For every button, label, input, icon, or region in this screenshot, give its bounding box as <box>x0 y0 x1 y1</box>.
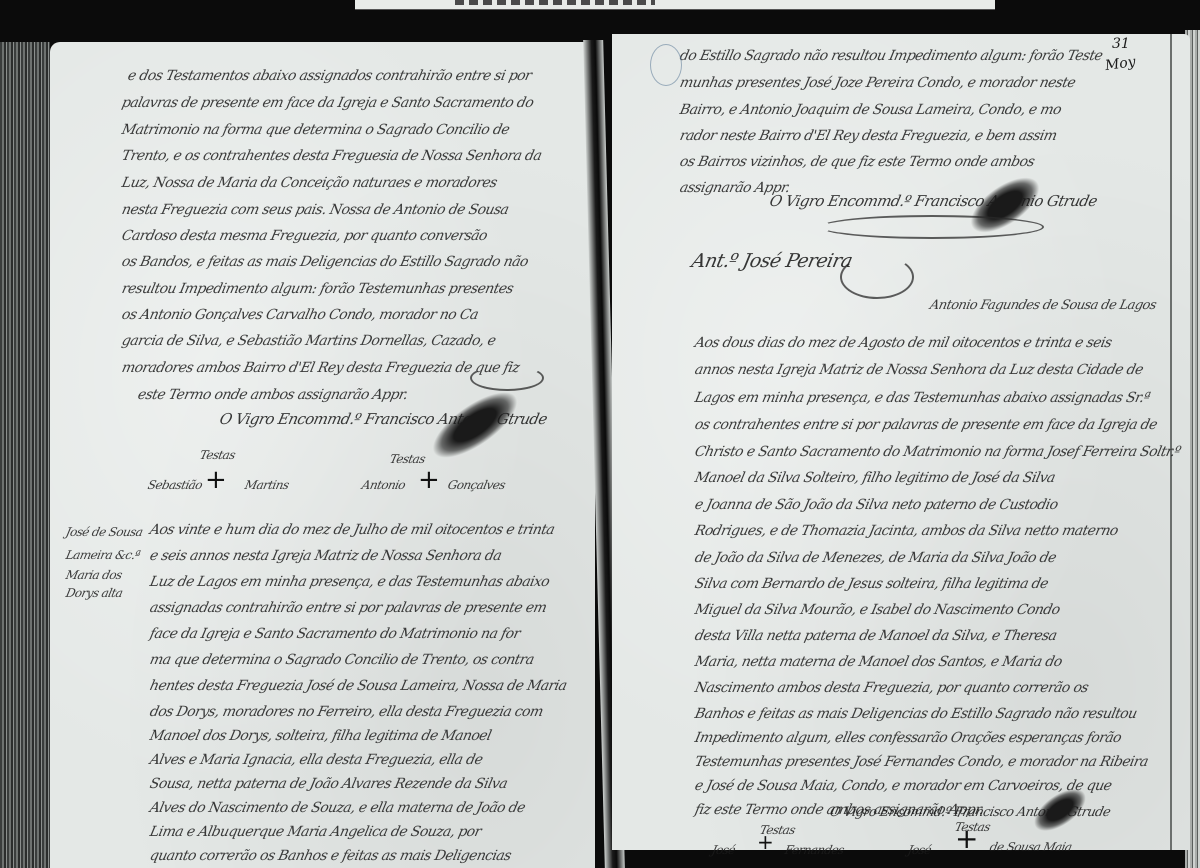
text-line: ma que determina o Sagrado Concilio de T… <box>148 652 535 668</box>
text-line: hentes desta Freguezia José de Sousa Lam… <box>148 678 568 694</box>
archive-label-strip <box>355 0 995 10</box>
witness-label: Testas <box>389 452 427 466</box>
text-line: Testemunhas presentes José Fernandes Con… <box>693 754 1149 770</box>
margin-note-line: Maria dos <box>65 568 124 582</box>
text-line: os Bandos, e feitas as mais Deligencias … <box>120 254 529 270</box>
text-line: Luz de Lagos em minha presença, e das Te… <box>148 574 550 590</box>
text-line: Miguel da Silva Mourão, e Isabel do Nasc… <box>693 602 1061 618</box>
witness-last-name: de Sousa Maia <box>989 840 1074 854</box>
text-line: e Joanna de São João da Silva neto pater… <box>693 497 1059 513</box>
text-line: Manoel da Silva Solteiro, filho legitimo… <box>693 470 1056 486</box>
text-line: Lima e Albuquerque Maria Angelica de Sou… <box>148 824 482 840</box>
text-line: os Bairros vizinhos, de que fiz este Ter… <box>678 154 1035 170</box>
text-line: Aos dous dias do mez de Agosto de mil oi… <box>693 335 1113 351</box>
text-line: Trento, e os contrahentes desta Freguesi… <box>120 148 543 164</box>
margin-note-right: Antonio Fagundes de Sousa de Lagos <box>928 298 1157 313</box>
text-line: resultou Impedimento algum: forão Testem… <box>120 281 514 297</box>
text-line: face da Igreja e Santo Sacramento do Mat… <box>148 626 521 642</box>
witness-first-name: José <box>907 843 933 857</box>
margin-note-line: Lameira &c.ª <box>65 548 142 562</box>
witness-cross-mark: + <box>418 465 440 495</box>
text-line: e dos Testamentos abaixo assignados cont… <box>126 68 532 84</box>
book-page-edges-left <box>0 42 50 868</box>
witness-first-name: Sebastião <box>147 478 204 492</box>
text-line: e José de Sousa Maia, Condo, e morador e… <box>693 778 1113 794</box>
witness-cross-mark: + <box>757 830 774 854</box>
text-line: rador neste Bairro d'El Rey desta Fregue… <box>678 128 1058 144</box>
left-page <box>50 42 595 868</box>
text-line: palavras de presente em face da Igreja e… <box>120 95 535 111</box>
text-line: Rodrigues, e de Thomazia Jacinta, ambos … <box>693 523 1119 539</box>
text-line: Impedimento algum, elles confessarão Ora… <box>693 730 1122 746</box>
text-line: os Antonio Gonçalves Carvalho Condo, mor… <box>120 307 479 323</box>
text-line: Silva com Bernardo de Jesus solteira, fi… <box>693 576 1049 592</box>
text-line: Christo e Santo Sacramento do Matrimonio… <box>693 444 1182 460</box>
witness-last-name: Martins <box>244 478 291 492</box>
text-line: de João da Silva de Menezes, de Maria da… <box>693 550 1057 566</box>
text-line: garcia de Silva, e Sebastião Martins Dor… <box>120 333 497 349</box>
witness-cross-mark: + <box>955 822 978 855</box>
text-line: Alves do Nascimento de Souza, e ella mat… <box>148 800 526 816</box>
flourish-mark <box>820 215 1044 239</box>
label-text-glyphs <box>455 0 655 5</box>
entry-heading: Ant.º José Pereira <box>690 250 855 272</box>
text-line: Sousa, netta paterna de João Alvares Rez… <box>148 776 508 792</box>
right-margin-rule <box>1170 34 1172 850</box>
witness-cross-mark: + <box>205 465 227 495</box>
priest-signature: O Vigro Encommd.º Francisco Antonio Gtru… <box>768 192 1099 210</box>
text-line: Aos vinte e hum dia do mez de Julho de m… <box>148 522 555 538</box>
margin-note-line: Dorys alta <box>65 586 124 600</box>
text-line: dos Dorys, moradores no Ferreiro, ella d… <box>148 704 544 720</box>
text-line: moradores ambos Bairro d'El Rey desta Fr… <box>120 360 520 376</box>
witness-first-name: José <box>711 843 737 857</box>
text-line: assignadas contrahirão entre si por pala… <box>148 600 548 616</box>
text-line: quanto correrão os Banhos e feitas as ma… <box>148 848 512 864</box>
text-line: nesta Freguezia com seus pais. Nossa de … <box>120 202 510 218</box>
text-line: do Estillo Sagrado não resultou Impedime… <box>678 48 1104 64</box>
text-line: desta Villa netta paterna de Manoel da S… <box>693 628 1058 644</box>
blue-pencil-mark <box>650 44 682 86</box>
text-line: e seis annos nesta Igreja Matriz de Noss… <box>148 548 502 564</box>
text-line: Luz, Nossa de Maria da Conceição naturae… <box>120 175 498 191</box>
text-line: Bairro, e Antonio Joaquim de Sousa Lamei… <box>678 102 1062 118</box>
witness-last-name: Fernandes <box>784 843 846 857</box>
text-line: este Termo onde ambos assignarão Appr. <box>136 387 409 403</box>
text-line: Maria, netta materna de Manoel dos Santo… <box>693 654 1063 670</box>
text-line: Nascimento ambos desta Freguezia, por qu… <box>693 680 1089 696</box>
text-line: Banhos e feitas as mais Deligencias do E… <box>693 706 1138 722</box>
flourish-mark <box>840 255 914 299</box>
witness-last-name: Gonçalves <box>447 478 507 492</box>
text-line: annos nesta Igreja Matriz de Nossa Senho… <box>693 362 1144 378</box>
text-line: Lagos em minha presença, e das Testemunh… <box>693 390 1151 406</box>
text-line: munhas presentes José Joze Pereira Condo… <box>678 75 1076 91</box>
margin-note-line: José de Sousa <box>65 525 144 539</box>
witness-label: Testas <box>199 448 237 462</box>
text-line: Matrimonio na forma que determina o Sagr… <box>120 122 510 138</box>
witness-first-name: Antonio <box>361 478 407 492</box>
text-line: Alves e Maria Ignacia, ella desta Fregue… <box>148 752 484 768</box>
text-line: Manoel dos Dorys, solteira, filha legiti… <box>148 728 492 744</box>
text-line: Cardoso desta mesma Freguezia, por quant… <box>120 228 488 244</box>
folio-number: 31 <box>1112 36 1130 52</box>
text-line: os contrahentes entre si por palavras de… <box>693 417 1158 433</box>
